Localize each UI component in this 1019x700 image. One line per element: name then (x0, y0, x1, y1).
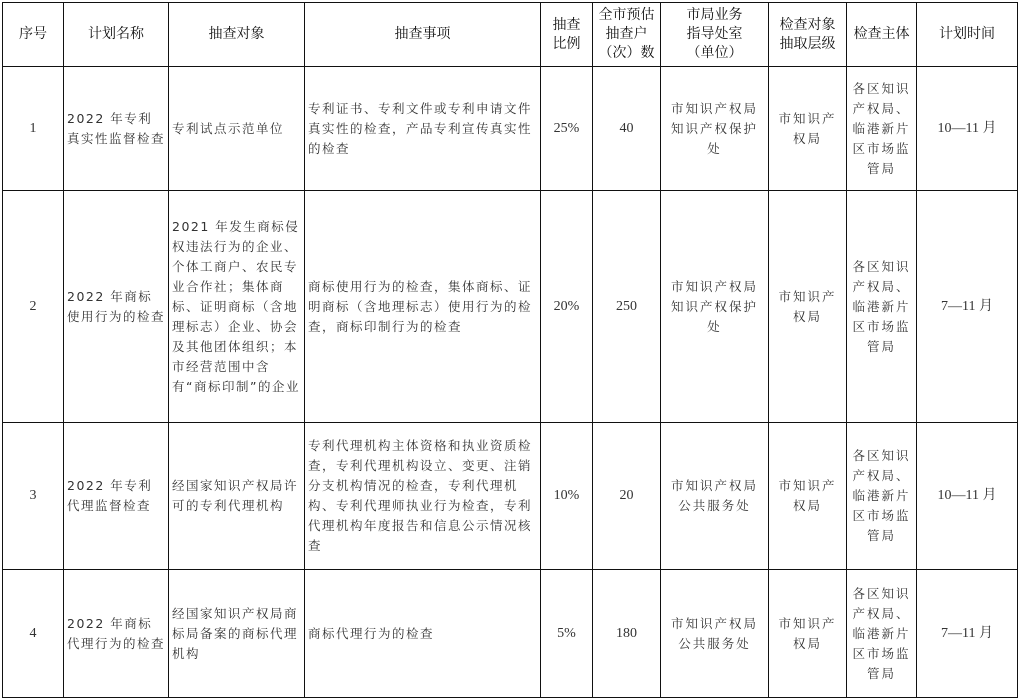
cell-subject: 各区知识 产权局、 临港新片 区市场监 管局 (847, 570, 917, 698)
cell-items: 商标使用行为的检查，集体商标、证明商标（含地理标志）使用行为的检查，商标印制行为… (305, 191, 541, 423)
inspection-plan-table: 序号 计划名称 抽查对象 抽查事项 抽查 比例 全市预估 抽查户 （次）数 市局… (2, 2, 1018, 698)
cell-level: 市知识产 权局 (769, 423, 847, 570)
cell-guidance-office: 市知识产权局 知识产权保护 处 (661, 67, 769, 191)
cell-level: 市知识产 权局 (769, 570, 847, 698)
cell-index: 4 (3, 570, 64, 698)
table-row: 2 2022 年商标使用行为的检查 2021 年发生商标侵权违法行为的企业、个体… (3, 191, 1018, 423)
cell-target: 经国家知识产权局商标局备案的商标代理机构 (169, 570, 305, 698)
cell-time: 7—11 月 (917, 191, 1018, 423)
cell-count: 40 (593, 67, 661, 191)
header-time: 计划时间 (917, 3, 1018, 67)
cell-index: 1 (3, 67, 64, 191)
header-count: 全市预估 抽查户 （次）数 (593, 3, 661, 67)
cell-time: 10—11 月 (917, 67, 1018, 191)
cell-index: 2 (3, 191, 64, 423)
cell-target: 专利试点示范单位 (169, 67, 305, 191)
cell-count: 250 (593, 191, 661, 423)
cell-subject: 各区知识 产权局、 临港新片 区市场监 管局 (847, 423, 917, 570)
cell-items: 商标代理行为的检查 (305, 570, 541, 698)
table-row: 3 2022 年专利代理监督检查 经国家知识产权局许可的专利代理机构 专利代理机… (3, 423, 1018, 570)
cell-subject: 各区知识 产权局、 临港新片 区市场监 管局 (847, 67, 917, 191)
header-target: 抽查对象 (169, 3, 305, 67)
cell-ratio: 10% (541, 423, 593, 570)
cell-guidance-office: 市知识产权局 知识产权保护 处 (661, 191, 769, 423)
cell-count: 20 (593, 423, 661, 570)
cell-target: 2021 年发生商标侵权违法行为的企业、个体工商户、农民专业合作社；集体商标、证… (169, 191, 305, 423)
cell-ratio: 5% (541, 570, 593, 698)
header-subject: 检查主体 (847, 3, 917, 67)
header-index: 序号 (3, 3, 64, 67)
cell-subject: 各区知识 产权局、 临港新片 区市场监 管局 (847, 191, 917, 423)
cell-time: 7—11 月 (917, 570, 1018, 698)
table-row: 1 2022 年专利真实性监督检查 专利试点示范单位 专利证书、专利文件或专利申… (3, 67, 1018, 191)
header-items: 抽查事项 (305, 3, 541, 67)
cell-guidance-office: 市知识产权局 公共服务处 (661, 570, 769, 698)
cell-index: 3 (3, 423, 64, 570)
cell-level: 市知识产 权局 (769, 67, 847, 191)
cell-items: 专利证书、专利文件或专利申请文件真实性的检查，产品专利宣传真实性的检查 (305, 67, 541, 191)
header-row: 序号 计划名称 抽查对象 抽查事项 抽查 比例 全市预估 抽查户 （次）数 市局… (3, 3, 1018, 67)
table-row: 4 2022 年商标代理行为的检查 经国家知识产权局商标局备案的商标代理机构 商… (3, 570, 1018, 698)
header-ratio: 抽查 比例 (541, 3, 593, 67)
cell-ratio: 20% (541, 191, 593, 423)
cell-count: 180 (593, 570, 661, 698)
cell-level: 市知识产 权局 (769, 191, 847, 423)
header-level: 检查对象 抽取层级 (769, 3, 847, 67)
cell-ratio: 25% (541, 67, 593, 191)
cell-plan-name: 2022 年商标代理行为的检查 (64, 570, 169, 698)
cell-guidance-office: 市知识产权局 公共服务处 (661, 423, 769, 570)
cell-plan-name: 2022 年专利真实性监督检查 (64, 67, 169, 191)
cell-items: 专利代理机构主体资格和执业资质检查，专利代理机构设立、变更、注销分支机构情况的检… (305, 423, 541, 570)
header-plan-name: 计划名称 (64, 3, 169, 67)
cell-plan-name: 2022 年商标使用行为的检查 (64, 191, 169, 423)
cell-time: 10—11 月 (917, 423, 1018, 570)
header-guidance-office: 市局业务 指导处室 （单位） (661, 3, 769, 67)
cell-target: 经国家知识产权局许可的专利代理机构 (169, 423, 305, 570)
cell-plan-name: 2022 年专利代理监督检查 (64, 423, 169, 570)
